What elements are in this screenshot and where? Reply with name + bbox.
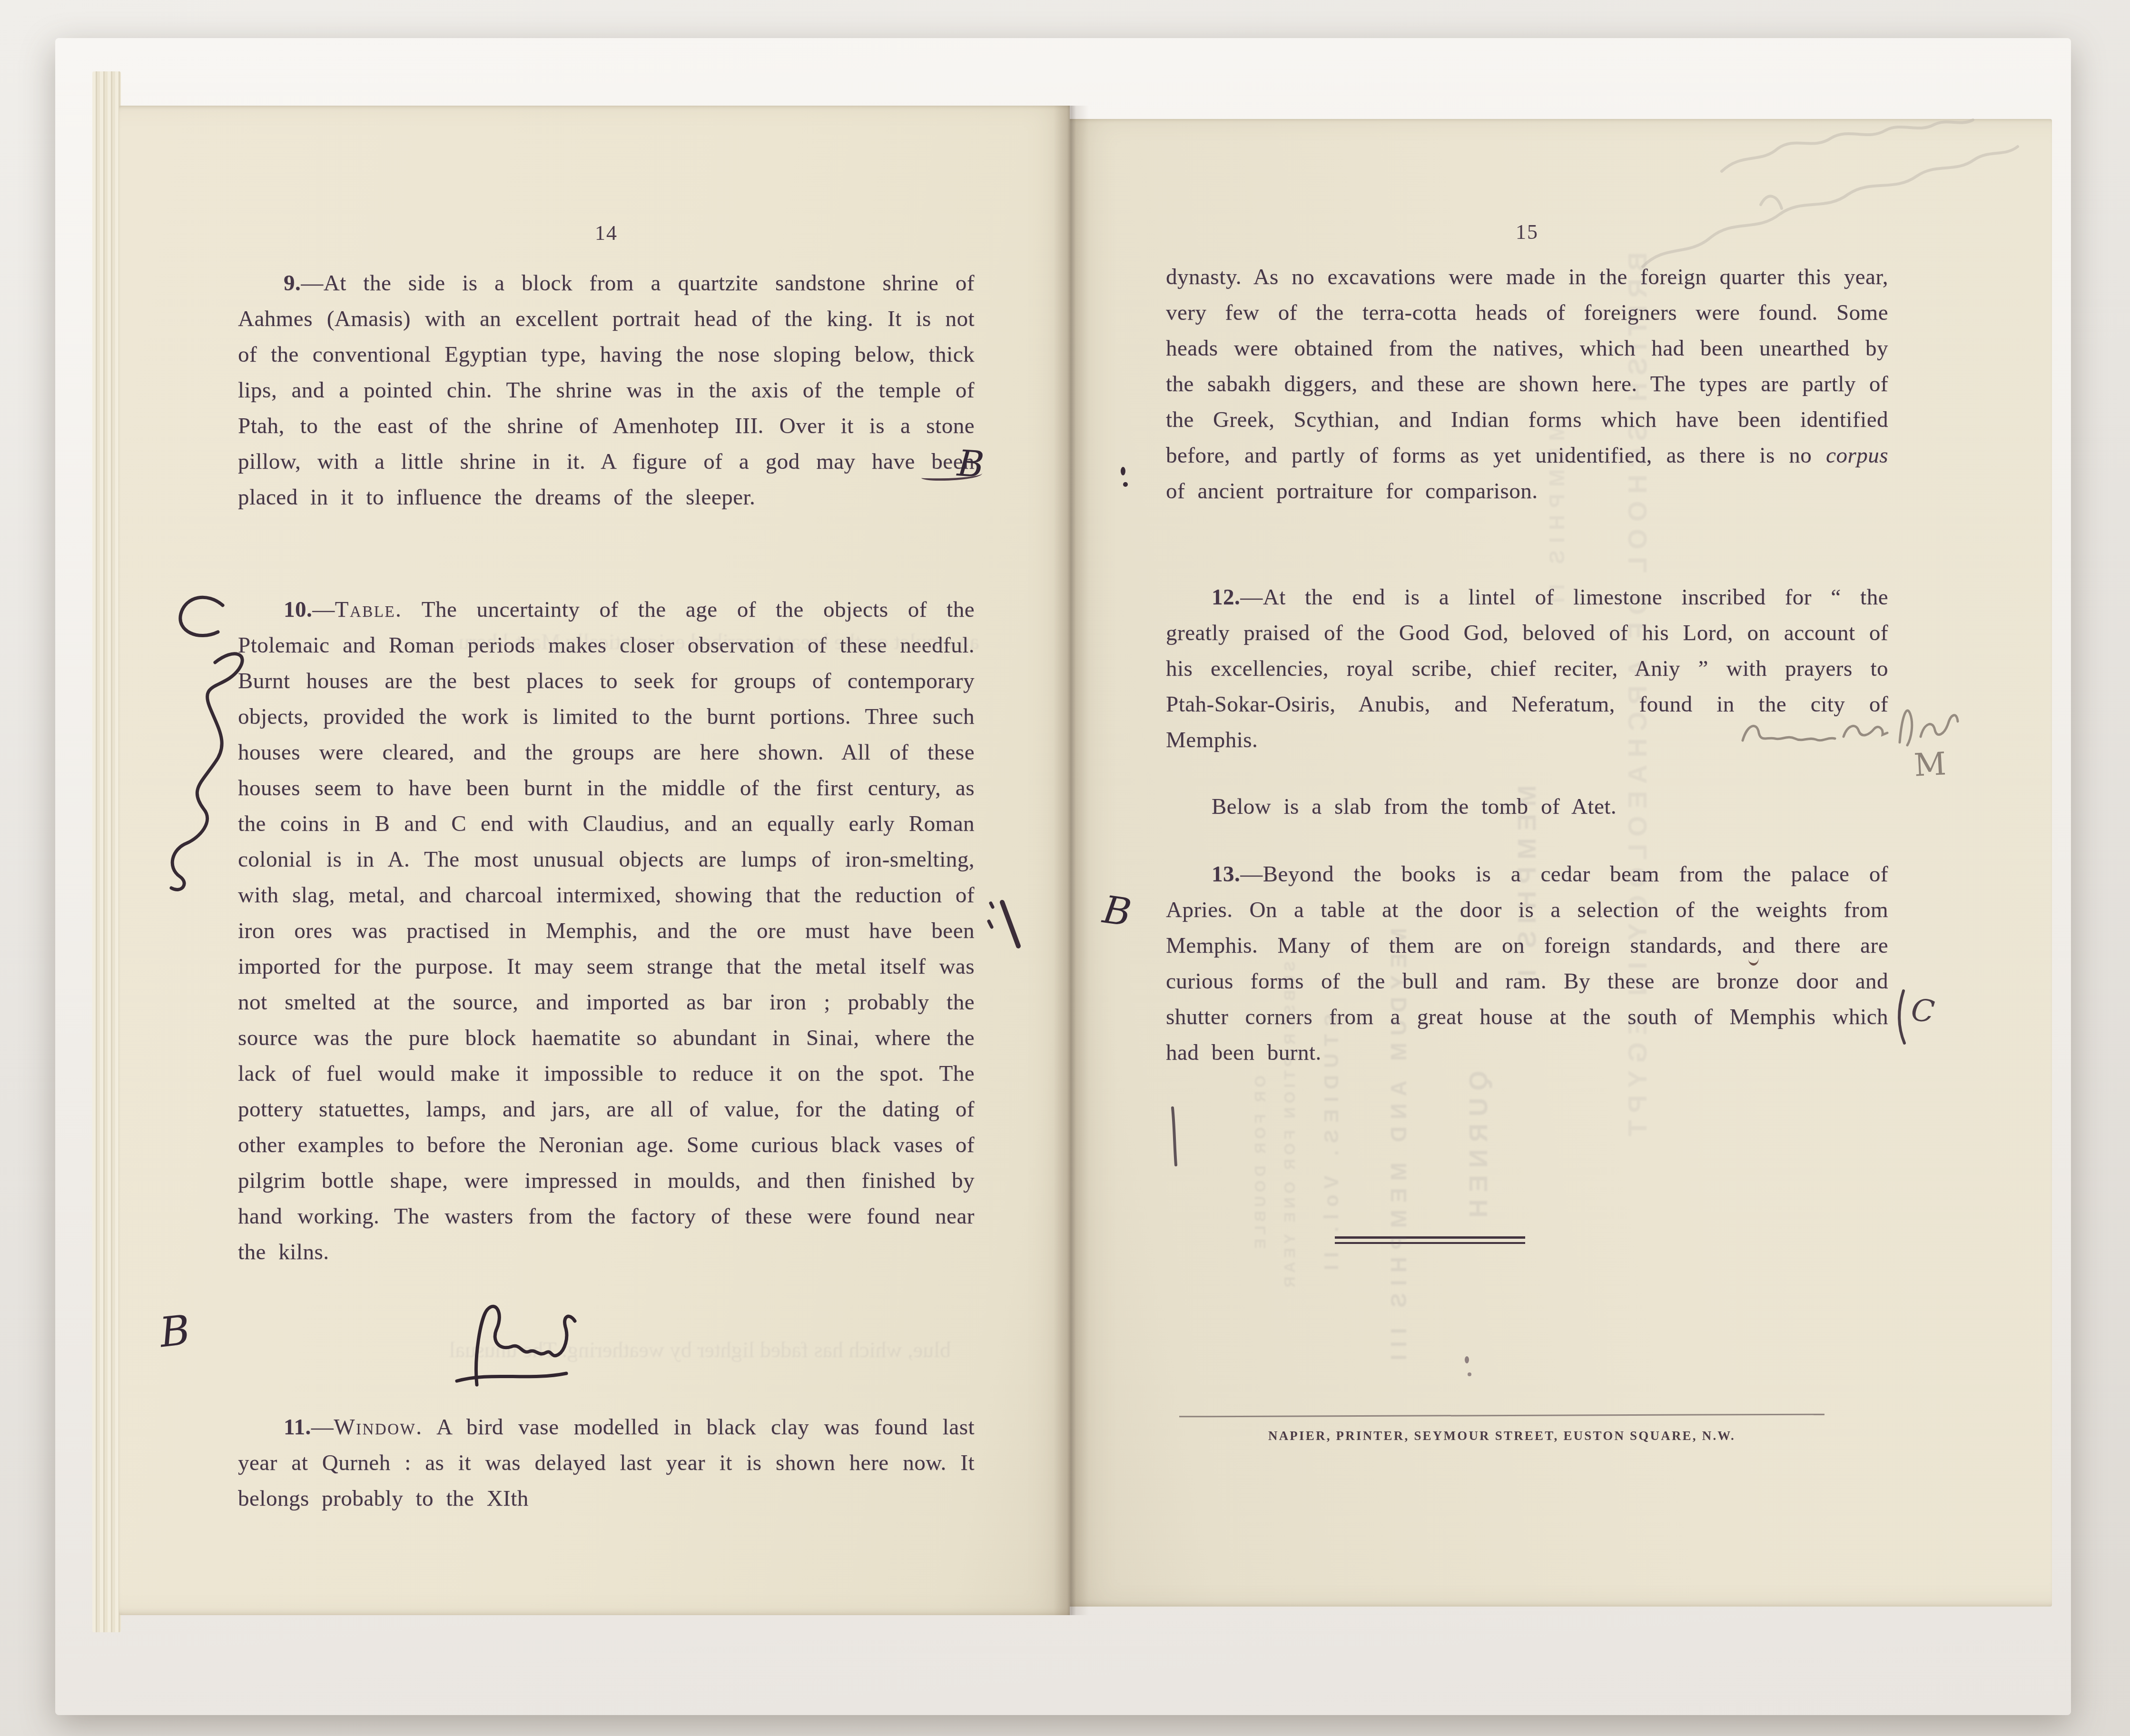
margin-letter-b-stone-pillow: B	[956, 442, 986, 486]
margin-letter-b-bottom-left: B	[158, 1306, 192, 1357]
paragraph-10-dash: —	[312, 597, 335, 622]
paragraph-11-heading: Window.	[334, 1415, 423, 1440]
paragraph-10-number: 10.	[284, 597, 312, 622]
show-through-title: OR FOR DOUBLE	[1252, 1075, 1269, 1253]
paragraph-10-heading: Table.	[335, 597, 403, 622]
paragraph-12-dash: —	[1240, 585, 1263, 610]
show-through-title: SUBSCRIPTION FOR ONE YEAR	[1281, 961, 1299, 1292]
below-slab-text: Below is a slab from the tomb of Atet.	[1212, 794, 1617, 819]
show-through-line: blue, which has faded lighter by weather…	[214, 1337, 951, 1362]
show-through-title: MEMPHIS II	[1546, 424, 1569, 610]
paragraph-13-number: 13.	[1212, 862, 1240, 887]
paragraph-11-number: 11.	[284, 1415, 311, 1440]
page-number-15: 15	[1166, 220, 1888, 244]
paragraph-10: 10.—Table. The uncertainty of the age of…	[238, 592, 975, 1270]
show-through-line: an amulet on the breast inscribed enigma…	[243, 629, 979, 654]
paragraph-11-continued: dynasty. As no excavations were made in …	[1166, 259, 1888, 509]
italic-word-corpus: corpus	[1826, 443, 1888, 468]
pencil-letter-m: M	[1913, 745, 1947, 783]
page-number-14: 14	[238, 221, 975, 245]
paragraph-9-dash: —	[301, 271, 324, 296]
paragraph-9-number: 9.	[284, 271, 301, 296]
paragraph-9: 9.—At the side is a block from a quartzi…	[238, 266, 975, 515]
page-stack-edges	[92, 71, 121, 1632]
paragraph-9-text-end: with a little shrine in it. A figure of …	[238, 449, 975, 510]
show-through-title: BRITISH SCHOOL OF ARCHAEOLOGY IN EGYPT	[1622, 252, 1653, 1144]
ink-speck	[1468, 1372, 1471, 1376]
paragraph-11-dash: —	[311, 1415, 334, 1440]
continued-text: dynasty. As no excavations were made in …	[1166, 265, 1888, 468]
margin-letter-b-weights: B	[1100, 887, 1134, 935]
show-through-title: STUDIES. Vol. II	[1320, 1014, 1343, 1277]
page-14: 14 9.—At the side is a block from a quar…	[119, 106, 1070, 1615]
show-through-title: QURNEH	[1464, 1071, 1493, 1225]
photo-background: 14 9.—At the side is a block from a quar…	[0, 0, 2130, 1736]
printer-imprint: NAPIER, PRINTER, SEYMOUR STREET, EUSTON …	[1179, 1429, 1824, 1443]
show-through-title: MEMPHIS I	[1512, 785, 1542, 984]
paragraph-12: 12.—At the end is a lintel of limestone …	[1166, 580, 1888, 758]
paragraph-9-text: At the side is a block from a quartzite …	[238, 271, 975, 438]
imprint-rule	[1179, 1414, 1824, 1418]
paragraph-10-text: The uncertainty of the age of the object…	[238, 597, 975, 1264]
paragraph-12-text: At the end is a lintel of limestone insc…	[1166, 585, 1888, 752]
page-15: 15 dynasty. As no excavations were made …	[1070, 119, 2052, 1607]
ink-speck	[1465, 1356, 1469, 1363]
show-through-title: MEYDUM AND MEMPHIS III	[1386, 928, 1411, 1368]
section-end-double-rule	[1335, 1236, 1525, 1244]
continued-text-end: of ancient portraiture for comparison.	[1166, 479, 1538, 503]
paragraph-13-dash: —	[1240, 862, 1263, 887]
bracket-letter-c: C	[1909, 993, 1936, 1030]
gutter-shadow	[1054, 106, 1089, 1615]
paragraph-12-number: 12.	[1212, 585, 1240, 610]
paragraph-11: 11.—Window. A bird vase modelled in blac…	[238, 1410, 975, 1517]
